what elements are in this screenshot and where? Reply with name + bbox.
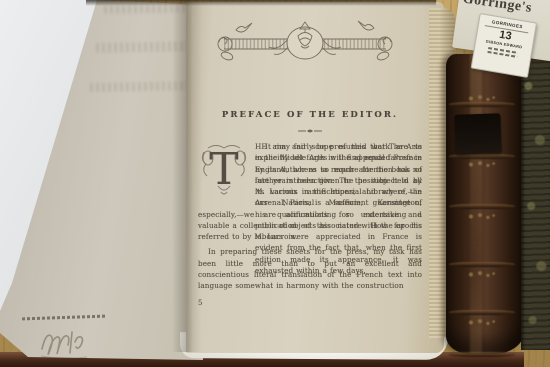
text-column: PREFACE OF THE EDITOR. <box>198 110 422 295</box>
headpiece-engraving-icon <box>212 18 398 68</box>
lot-sticker: GORRINGES 13 GIBSON EDWARD <box>471 13 537 78</box>
spine-raised-band <box>449 310 515 315</box>
gilt-ornament <box>462 212 498 221</box>
photo-open-antique-book: PREFACE OF THE EDITOR. <box>0 0 550 367</box>
page-title: PREFACE OF THE EDITOR. <box>198 110 422 120</box>
engraved-drop-cap: T <box>198 142 250 198</box>
preface-page: PREFACE OF THE EDITOR. <box>186 2 444 353</box>
page-top-edge-shadow <box>86 0 436 6</box>
svg-text:T: T <box>209 144 238 195</box>
spine-title-label <box>454 113 501 155</box>
book-gutter-shadow <box>172 0 202 352</box>
spine-raised-band <box>449 352 515 357</box>
preface-body-text: T HE aim and scope of this work are so e… <box>198 141 422 291</box>
paragraph-1-text: HE aim and scope of this work are so exp… <box>255 141 422 276</box>
gilt-ornament <box>462 270 498 279</box>
gilt-ornament <box>462 318 498 327</box>
gilt-ornament <box>462 94 498 103</box>
printer-imprint-line <box>22 315 106 321</box>
spine-raised-band <box>449 204 515 209</box>
heading-ornament-icon <box>297 127 323 135</box>
spine-raised-band <box>449 154 515 159</box>
mottled-book-cover <box>521 50 550 350</box>
gilt-ornament <box>462 160 498 169</box>
pencil-inscription <box>36 326 120 360</box>
leather-book-spine <box>446 54 524 354</box>
spine-raised-band <box>449 262 515 267</box>
